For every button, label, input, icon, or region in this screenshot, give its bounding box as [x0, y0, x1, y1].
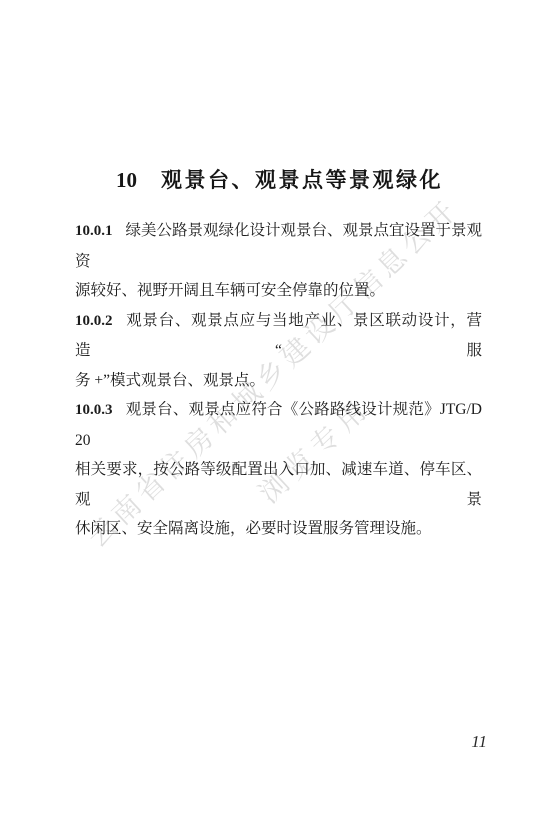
section-title-text: 观景台、观景点等景观绿化 [161, 168, 443, 192]
clause-line-text: 观景台、观景点应与当地产业、景区联动设计，营造“服 [75, 312, 482, 360]
clause-number: 10.0.1 [75, 223, 113, 239]
document-page: 云南省住房和城乡建设厅信息公开 浏览专用 10观景台、观景点等景观绿化 10.0… [0, 0, 559, 816]
clause-line: 源较好、视野开阔且车辆可安全停靠的位置。 [75, 276, 482, 306]
clause-10-0-1: 10.0.1绿美公路景观绿化设计观景台、观景点宜设置于景观资 源较好、视野开阔且… [75, 216, 482, 306]
section-heading: 10观景台、观景点等景观绿化 [0, 164, 559, 194]
clause-line-text: 观景台、观景点应符合《公路路线设计规范》JTG/D 20 [75, 401, 482, 449]
clause-line: 10.0.1绿美公路景观绿化设计观景台、观景点宜设置于景观资 [75, 216, 482, 276]
clause-line: 相关要求，按公路等级配置出入口加、减速车道、停车区、观景 [75, 455, 482, 514]
clause-line: 务 +”模式观景台、观景点。 [75, 366, 482, 396]
clause-line: 10.0.2观景台、观景点应与当地产业、景区联动设计，营造“服 [75, 306, 482, 366]
clause-line-text: 绿美公路景观绿化设计观景台、观景点宜设置于景观资 [75, 222, 482, 270]
clause-number: 10.0.2 [75, 313, 113, 329]
clause-10-0-2: 10.0.2观景台、观景点应与当地产业、景区联动设计，营造“服 务 +”模式观景… [75, 306, 482, 396]
clause-line: 10.0.3观景台、观景点应符合《公路路线设计规范》JTG/D 20 [75, 395, 482, 455]
body-text: 10.0.1绿美公路景观绿化设计观景台、观景点宜设置于景观资 源较好、视野开阔且… [75, 216, 482, 544]
page-number: 11 [471, 732, 487, 752]
section-number: 10 [116, 168, 137, 192]
clause-number: 10.0.3 [75, 402, 113, 418]
clause-10-0-3: 10.0.3观景台、观景点应符合《公路路线设计规范》JTG/D 20 相关要求，… [75, 395, 482, 544]
clause-line: 休闲区、安全隔离设施，必要时设置服务管理设施。 [75, 514, 482, 544]
